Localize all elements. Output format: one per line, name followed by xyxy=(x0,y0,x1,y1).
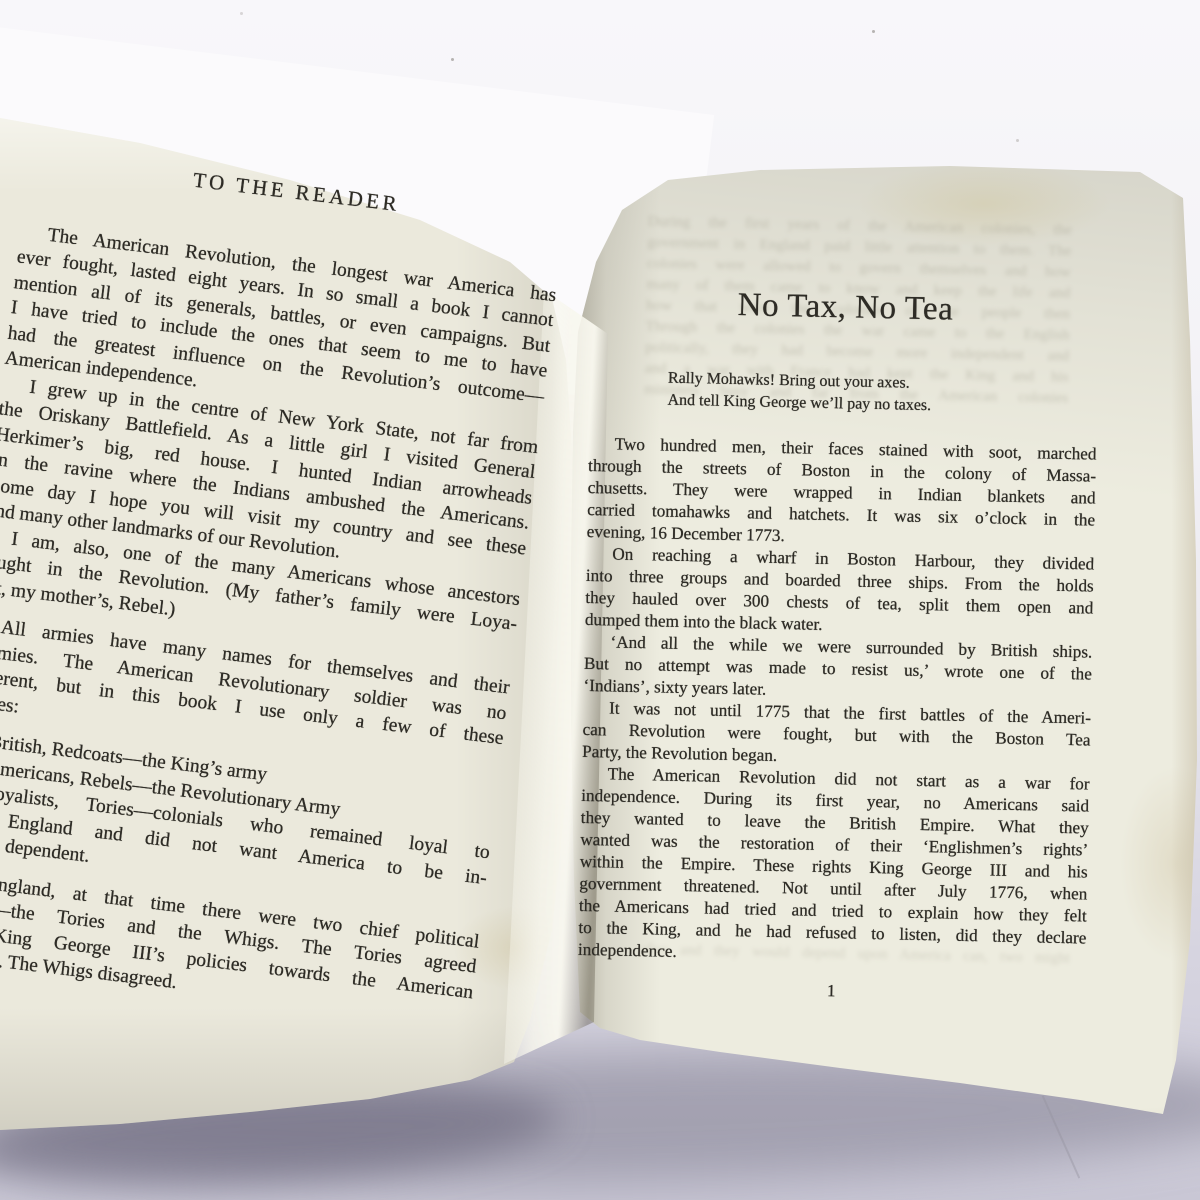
paragraph: ‘And all the while we were surrounded by… xyxy=(583,631,1092,708)
left-page-paragraphs: The American Revolution, the longest war… xyxy=(0,219,558,1031)
paragraph: It was not until 1775 that the first bat… xyxy=(582,697,1091,774)
right-page-paragraphs: Two hundred men, their faces stained wit… xyxy=(578,433,1097,972)
book-photo: During the first years of the American c… xyxy=(0,0,1200,1200)
left-page-text: TO THE READER The American Revolution, t… xyxy=(0,148,566,1031)
right-page-text: No Tax, No Tea Rally Mohawks! Bring out … xyxy=(577,282,1100,1007)
paragraph: Two hundred men, their faces stained wit… xyxy=(587,433,1097,554)
dust-speck xyxy=(872,30,875,33)
dust-speck xyxy=(240,12,243,15)
chapter-epigraph: Rally Mohawks! Bring out your axes.And t… xyxy=(589,366,1098,420)
dust-speck xyxy=(451,58,454,61)
dust-speck xyxy=(1016,139,1019,142)
paragraph: The American Revolution did not start as… xyxy=(578,763,1090,972)
paragraph: On reaching a wharf in Boston Harbour, t… xyxy=(585,543,1095,642)
